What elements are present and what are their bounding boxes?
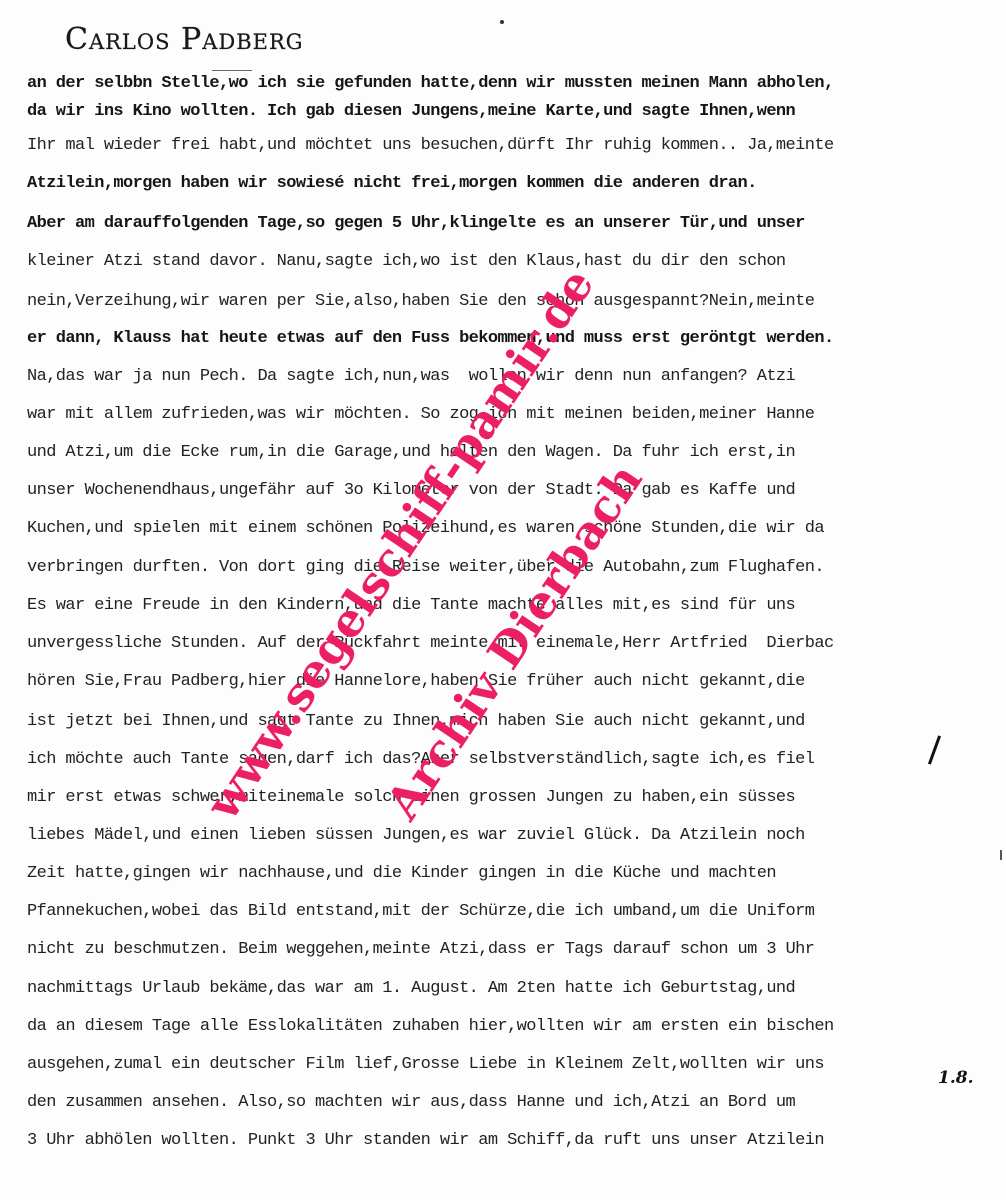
text-line: Zeit hatte,gingen wir nachhause,und die …: [27, 864, 776, 883]
text-line: hören Sie,Frau Padberg,hier die Hannelor…: [27, 672, 805, 691]
text-line: nachmittags Urlaub bekäme,das war am 1. …: [27, 979, 795, 998]
text-line: nicht zu beschmutzen. Beim weggehen,mein…: [27, 940, 814, 959]
handwritten-correction-mark: [928, 735, 941, 764]
text-line: Na,das war ja nun Pech. Da sagte ich,nun…: [27, 367, 795, 386]
text-line: Pfannekuchen,wobei das Bild entstand,mit…: [27, 902, 814, 921]
text-line: an der selbbn Stelle,wo ich sie gefunden…: [27, 74, 834, 93]
letterhead-name: Carlos Padberg: [65, 22, 304, 57]
text-line: den zusammen ansehen. Also,so machten wi…: [27, 1093, 795, 1112]
handwritten-date-note: 1.8.: [938, 1068, 974, 1088]
margin-mark: [1000, 850, 1002, 860]
document-page: Carlos Padberg an der selbbn Stelle,wo i…: [0, 0, 1006, 1200]
text-line: mir erst etwas schwer,miteinemale solch …: [27, 788, 795, 807]
text-line: verbringen durften. Von dort ging die Re…: [27, 558, 824, 577]
text-line: da wir ins Kino wollten. Ich gab diesen …: [27, 102, 795, 121]
text-line: kleiner Atzi stand davor. Nanu,sagte ich…: [27, 252, 786, 271]
text-line: Atzilein,morgen haben wir sowiesé nicht …: [27, 174, 757, 193]
text-line: war mit allem zufrieden,was wir möchten.…: [27, 405, 814, 424]
text-line: und Atzi,um die Ecke rum,in die Garage,u…: [27, 443, 795, 462]
text-line: Aber am darauffolgenden Tage,so gegen 5 …: [27, 214, 805, 233]
letterhead-underline: [212, 70, 252, 71]
text-line: ausgehen,zumal ein deutscher Film lief,G…: [27, 1055, 824, 1074]
text-line: 3 Uhr abhölen wollten. Punkt 3 Uhr stand…: [27, 1131, 824, 1150]
ink-dot: [500, 20, 504, 24]
text-line: ich möchte auch Tante sagen,darf ich das…: [27, 750, 814, 769]
text-line: Es war eine Freude in den Kindern,und di…: [27, 596, 795, 615]
text-line: ist jetzt bei Ihnen,und sagt Tante zu Ih…: [27, 712, 805, 731]
text-line: liebes Mädel,und einen lieben süssen Jun…: [27, 826, 805, 845]
text-line: Kuchen,und spielen mit einem schönen Pol…: [27, 519, 824, 538]
text-line: unvergessliche Stunden. Auf der Rückfahr…: [27, 634, 834, 653]
text-line: nein,Verzeihung,wir waren per Sie,also,h…: [27, 292, 814, 311]
text-line: unser Wochenendhaus,ungefähr auf 3o Kilo…: [27, 481, 795, 500]
text-line: Ihr mal wieder frei habt,und möchtet uns…: [27, 136, 834, 155]
text-line: da an diesem Tage alle Esslokalitäten zu…: [27, 1017, 834, 1036]
text-line: er dann, Klauss hat heute etwas auf den …: [27, 329, 834, 348]
